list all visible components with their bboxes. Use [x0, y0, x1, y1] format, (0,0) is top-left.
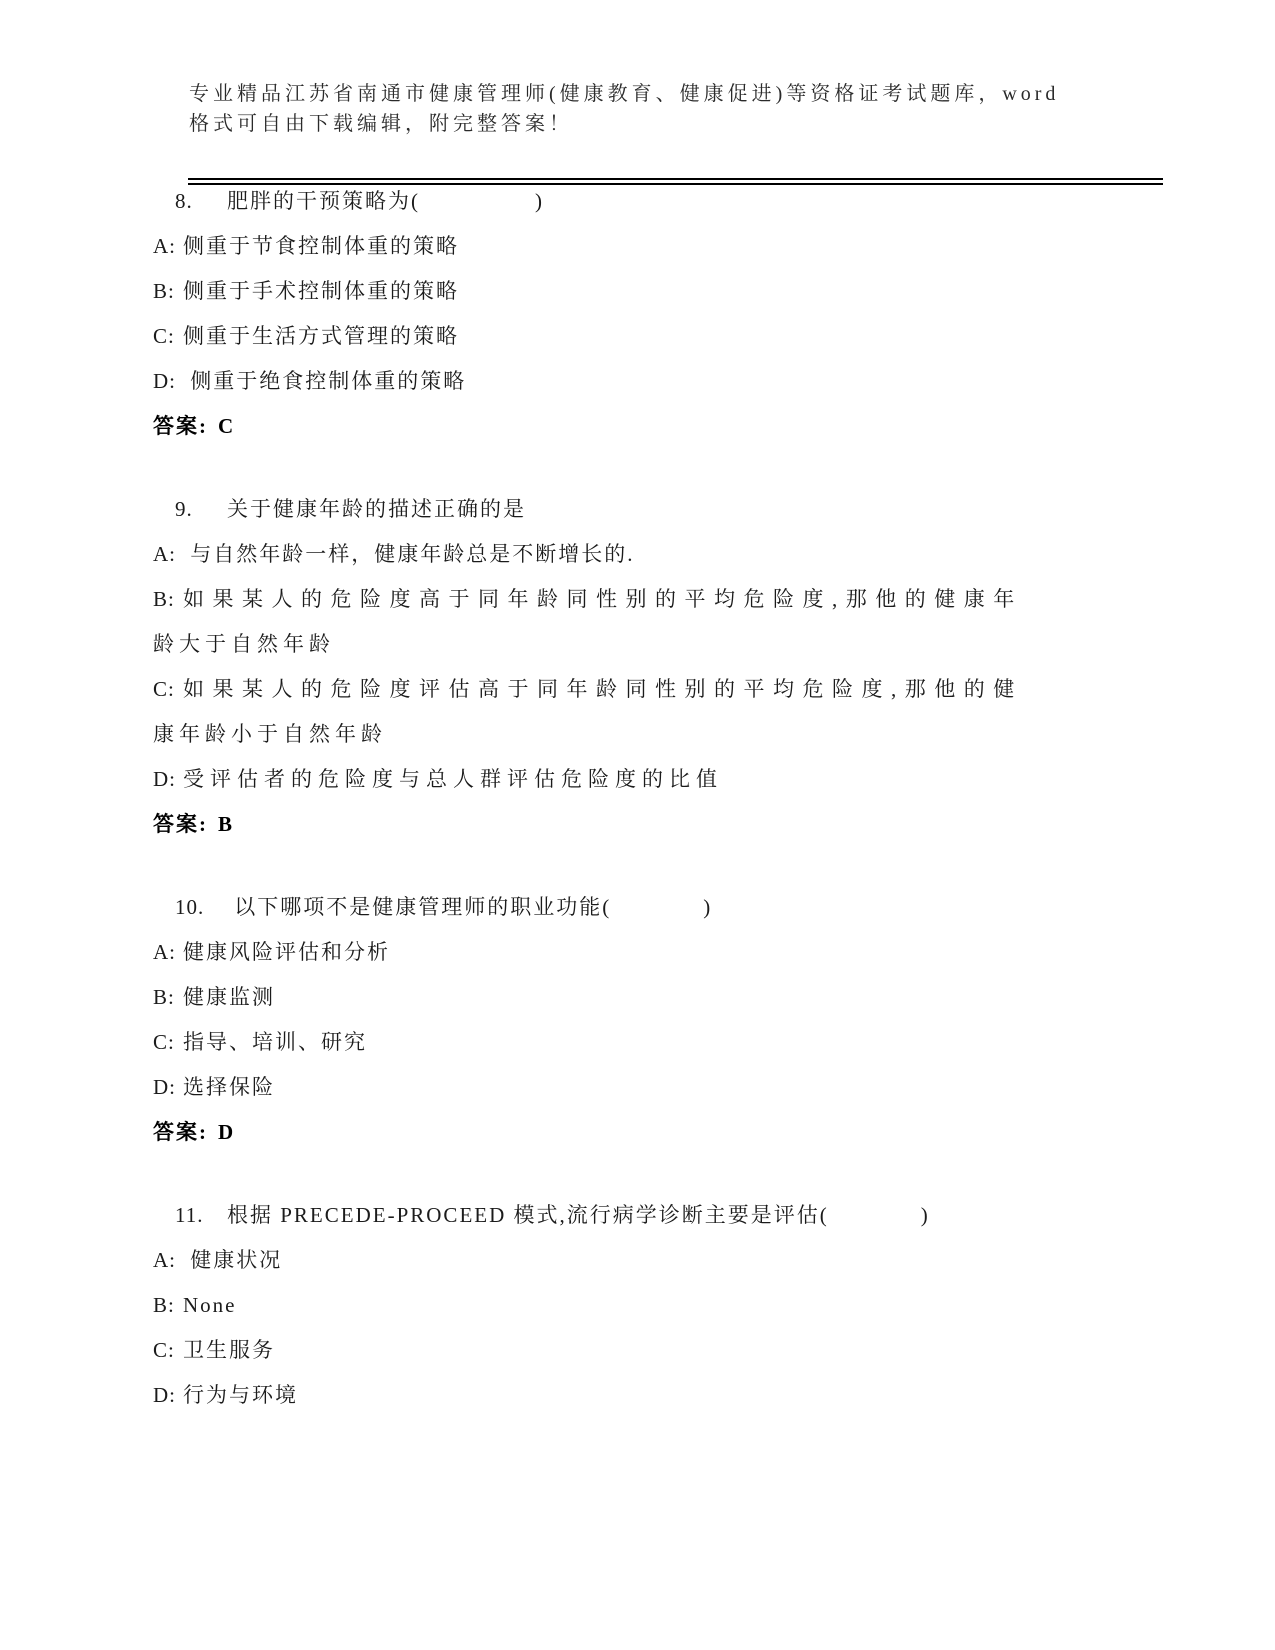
question-block-11: 11.根据 PRECEDE-PROCEED 模式,流行病学诊断主要是评估( ) …: [153, 1193, 1163, 1418]
document-page: 专业精品江苏省南通市健康管理师(健康教育、健康促进)等资格证考试题库，word …: [0, 0, 1275, 1650]
question-11-option-d: D:行为与环境: [153, 1373, 1163, 1418]
question-10-number: 10.: [175, 885, 227, 930]
question-9-text: 关于健康年龄的描述正确的是: [227, 497, 526, 521]
question-11-option-a: A: 健康状况: [153, 1238, 1163, 1283]
option-letter: A:: [153, 532, 183, 577]
question-11-text: 根据 PRECEDE-PROCEED 模式,流行病学诊断主要是评估( ): [227, 1203, 930, 1227]
question-8-option-c: C:侧重于生活方式管理的策略: [153, 314, 1163, 359]
question-9-option-c: C:如果某人的危险度评估高于同年龄同性别的平均危险度,那他的健 康年龄小于自然年…: [153, 667, 1163, 757]
question-8-option-a: A:侧重于节食控制体重的策略: [153, 224, 1163, 269]
document-body: 8.肥胖的干预策略为( ) A:侧重于节食控制体重的策略 B:侧重于手术控制体重…: [153, 179, 1163, 1418]
option-text: 卫生服务: [183, 1338, 275, 1362]
answer-label: 答案:: [153, 1120, 208, 1144]
question-block-10: 10. 以下哪项不是健康管理师的职业功能( ) A:健康风险评估和分析 B:健康…: [153, 885, 1163, 1155]
question-block-8: 8.肥胖的干预策略为( ) A:侧重于节食控制体重的策略 B:侧重于手术控制体重…: [153, 179, 1163, 449]
option-letter: D:: [153, 757, 183, 802]
answer-label: 答案:: [153, 812, 208, 836]
option-text-line-1: 如果某人的危险度高于同年龄同性别的平均危险度,那他的健康年: [183, 587, 1023, 611]
question-9-number: 9.: [175, 487, 227, 532]
option-letter: A:: [153, 930, 183, 975]
question-10-answer: 答案:D: [153, 1110, 1163, 1155]
question-9-option-d: D:受评估者的危险度与总人群评估危险度的比值: [153, 757, 1163, 802]
answer-value: C: [218, 414, 235, 438]
option-letter: C:: [153, 314, 183, 359]
question-11-option-b: B:None: [153, 1283, 1163, 1328]
option-text: 侧重于绝食控制体重的策略: [183, 369, 466, 393]
option-letter: C:: [153, 1020, 183, 1065]
question-10-option-b: B:健康监测: [153, 975, 1163, 1020]
option-letter: D:: [153, 359, 183, 404]
question-11-number: 11.: [175, 1193, 227, 1238]
question-9-title: 9.关于健康年龄的描述正确的是: [153, 487, 1163, 532]
option-text: 健康风险评估和分析: [183, 940, 390, 964]
option-letter: C:: [153, 667, 183, 712]
question-10-text: 以下哪项不是健康管理师的职业功能( ): [227, 895, 712, 919]
question-8-title: 8.肥胖的干预策略为( ): [153, 179, 1163, 224]
option-text: 行为与环境: [183, 1383, 298, 1407]
option-text: 受评估者的危险度与总人群评估危险度的比值: [183, 767, 723, 791]
header-line-1: 专业精品江苏省南通市健康管理师(健康教育、健康促进)等资格证考试题库，word: [189, 79, 1174, 109]
question-8-answer: 答案:C: [153, 404, 1163, 449]
option-text: None: [183, 1293, 237, 1317]
option-text: 侧重于手术控制体重的策略: [183, 279, 459, 303]
option-text-line-2: 康年龄小于自然年龄: [153, 722, 387, 746]
option-letter: B:: [153, 1283, 183, 1328]
question-10-option-d: D:选择保险: [153, 1065, 1163, 1110]
option-letter: B:: [153, 975, 183, 1020]
question-8-text: 肥胖的干预策略为( ): [227, 189, 544, 213]
question-10-option-c: C:指导、培训、研究: [153, 1020, 1163, 1065]
question-9-option-b: B:如果某人的危险度高于同年龄同性别的平均危险度,那他的健康年 龄大于自然年龄: [153, 577, 1163, 667]
option-text: 侧重于生活方式管理的策略: [183, 324, 459, 348]
question-11-option-c: C:卫生服务: [153, 1328, 1163, 1373]
option-text: 选择保险: [183, 1075, 275, 1099]
question-8-number: 8.: [175, 179, 227, 224]
option-text: 健康状况: [183, 1248, 282, 1272]
question-10-option-a: A:健康风险评估和分析: [153, 930, 1163, 975]
option-letter: B:: [153, 269, 183, 314]
question-8-option-b: B:侧重于手术控制体重的策略: [153, 269, 1163, 314]
option-text-line-1: 如果某人的危险度评估高于同年龄同性别的平均危险度,那他的健: [183, 677, 1023, 701]
question-block-9: 9.关于健康年龄的描述正确的是 A: 与自然年龄一样，健康年龄总是不断增长的. …: [153, 487, 1163, 847]
header-line-2: 格式可自由下载编辑，附完整答案！: [189, 109, 1174, 139]
option-letter: A:: [153, 224, 183, 269]
answer-value: D: [218, 1120, 235, 1144]
option-text: 侧重于节食控制体重的策略: [183, 234, 459, 258]
option-letter: B:: [153, 577, 183, 622]
question-11-title: 11.根据 PRECEDE-PROCEED 模式,流行病学诊断主要是评估( ): [153, 1193, 1163, 1238]
option-text-line-2: 龄大于自然年龄: [153, 632, 335, 656]
option-text: 健康监测: [183, 985, 275, 1009]
question-9-option-a: A: 与自然年龄一样，健康年龄总是不断增长的.: [153, 532, 1163, 577]
option-letter: C:: [153, 1328, 183, 1373]
option-text: 指导、培训、研究: [183, 1030, 367, 1054]
answer-value: B: [218, 812, 234, 836]
answer-label: 答案:: [153, 414, 208, 438]
option-letter: D:: [153, 1065, 183, 1110]
option-letter: D:: [153, 1373, 183, 1418]
page-header: 专业精品江苏省南通市健康管理师(健康教育、健康促进)等资格证考试题库，word …: [189, 79, 1174, 139]
question-10-title: 10. 以下哪项不是健康管理师的职业功能( ): [153, 885, 1163, 930]
question-8-option-d: D: 侧重于绝食控制体重的策略: [153, 359, 1163, 404]
option-letter: A:: [153, 1238, 183, 1283]
option-text: 与自然年龄一样，健康年龄总是不断增长的.: [183, 542, 635, 566]
question-9-answer: 答案:B: [153, 802, 1163, 847]
